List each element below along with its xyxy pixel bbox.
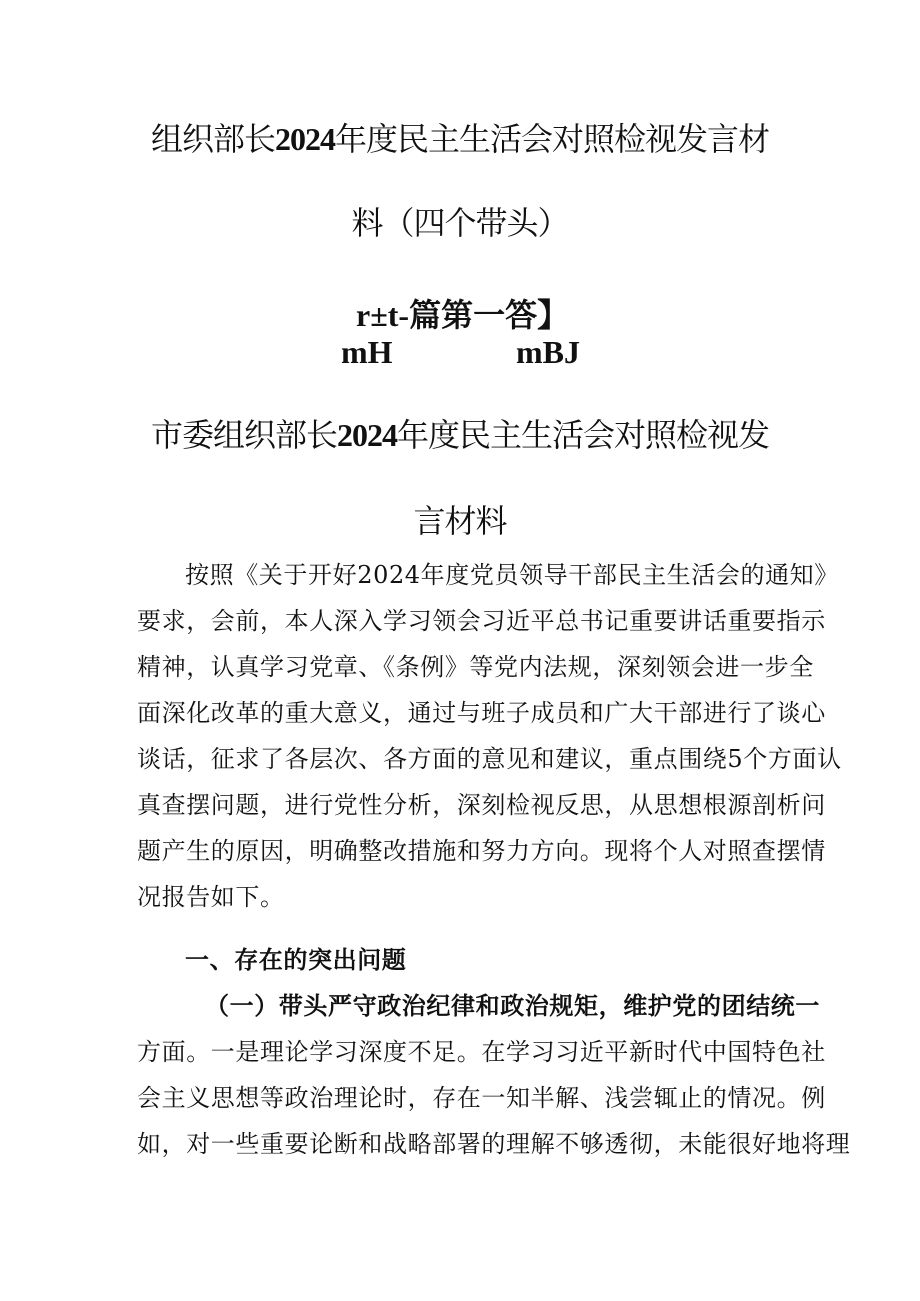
intro-line: 要求，会前，本人深入学习领会习近平总书记重要讲话重要指示 bbox=[137, 601, 826, 636]
intro-line: 真查摆问题，进行党性分析，深刻检视反思，从思想根源剖析问 bbox=[137, 785, 826, 820]
intro-line: 谈话，征求了各层次、各方面的意见和建议，重点围绕5个方面认 bbox=[137, 739, 842, 774]
ocr-artifact-right: mBJ bbox=[516, 334, 580, 371]
intro-line: 按照《关于开好2024年度党员领导干部民主生活会的通知》 bbox=[185, 555, 839, 590]
document-page: 组织部长2024年度民主生活会对照检视发言材 料（四个带头） r±t-篇第一答】… bbox=[0, 0, 920, 1301]
doc-subtitle-line-2: 言材料 bbox=[0, 496, 920, 542]
doc-subtitle-line-1: 市委组织部长2024年度民主生活会对照检视发 bbox=[0, 410, 920, 456]
doc-title-line-2: 料（四个带头） bbox=[0, 198, 920, 244]
intro-line: 题产生的原因，明确整改措施和努力方向。现将个人对照查摆情 bbox=[137, 831, 826, 866]
intro-line: 况报告如下。 bbox=[137, 877, 285, 912]
body-line: 如，对一些重要论断和战略部署的理解不够透彻，未能很好地将理 bbox=[137, 1124, 850, 1159]
intro-line: 面深化改革的重大意义，通过与班子成员和广大干部进行了谈心 bbox=[137, 693, 826, 728]
subtitle-text: 年度民主生活会对照检视发 bbox=[397, 416, 769, 454]
body-line: 方面。一是理论学习深度不足。在学习习近平新时代中国特色社 bbox=[137, 1032, 826, 1067]
body-line: 会主义思想等政治理论时，存在一知半解、浅尝辄止的情况。例 bbox=[137, 1078, 826, 1113]
intro-line: 精神，认真学习党章、《条例》等党内法规，深刻领会进一步全 bbox=[137, 647, 814, 682]
subsection-heading: （一）带头严守政治纪律和政治规矩，维护党的团结统一 bbox=[205, 986, 820, 1021]
subtitle-text: 市委组织部长 bbox=[151, 416, 337, 454]
ocr-artifact-left: mH bbox=[341, 334, 393, 371]
title-text: 年度民主生活会对照检视发言材 bbox=[335, 120, 769, 158]
doc-title-line-1: 组织部长2024年度民主生活会对照检视发言材 bbox=[0, 114, 920, 160]
ocr-text: r±t-篇第一答】 bbox=[356, 297, 569, 333]
section-heading: 一、存在的突出问题 bbox=[185, 940, 406, 975]
subtitle-year: 2024 bbox=[337, 417, 397, 453]
title-text: 组织部长 bbox=[151, 120, 275, 158]
ocr-artifact-line-1: r±t-篇第一答】 bbox=[356, 290, 569, 336]
title-year: 2024 bbox=[275, 121, 335, 157]
